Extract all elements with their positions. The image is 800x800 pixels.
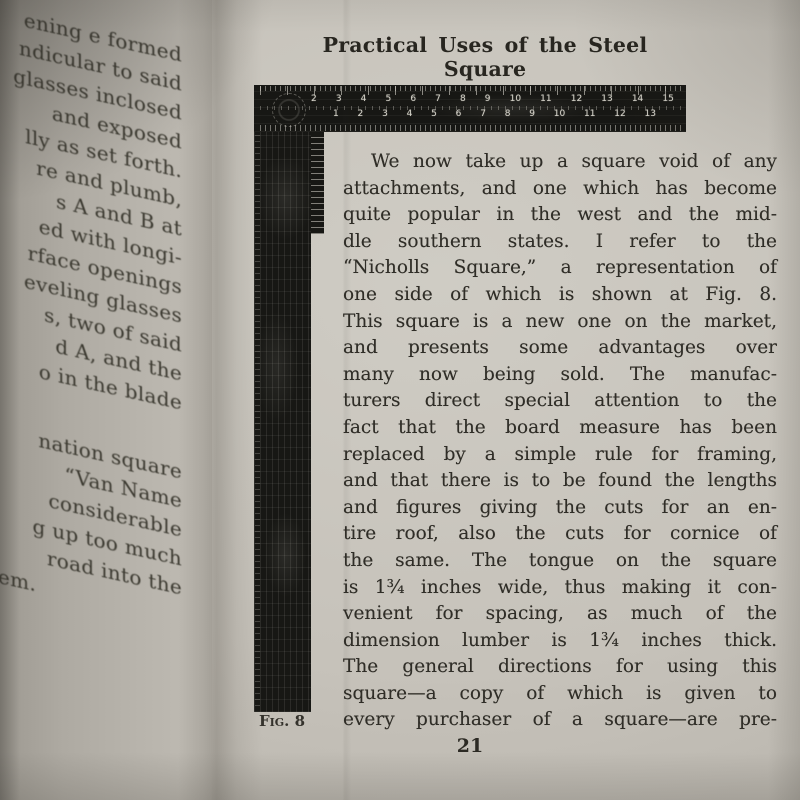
ruler-number: 8 [505, 109, 511, 119]
ruler-number: 12 [614, 109, 625, 119]
body-text-line: attachments, and one which has become [343, 176, 777, 203]
ruler-number: 11 [584, 109, 595, 119]
ruler-number: 12 [571, 94, 582, 104]
body-text-line: one side of which is shown at Fig. 8. [343, 282, 777, 309]
square-tongue-arm [254, 85, 311, 712]
body-text-line: many now being sold. The manufac- [343, 362, 777, 389]
ruler-number: 13 [645, 109, 656, 119]
body-text-line: replaced by a simple rule for framing, [343, 442, 777, 469]
ruler-ticks-inner-scale [311, 132, 324, 234]
ruler-number: 10 [510, 94, 521, 104]
ruler-numbers-top-row: 23456789101112131415 [311, 94, 674, 104]
ruler-number: 3 [382, 109, 388, 119]
body-text-line: fact that the board measure has been [343, 415, 777, 442]
ruler-number: 2 [311, 94, 317, 104]
book-photo: Practical Uses of the Steel Square 23456… [0, 0, 800, 800]
ruler-number: 15 [662, 94, 673, 104]
ruler-number: 1 [333, 109, 339, 119]
body-text-line: We now take up a square void of any [343, 149, 777, 176]
body-text-line: This square is a new one on the market, [343, 309, 777, 336]
body-text-line: square—a copy of which is given to [343, 681, 777, 708]
ruler-number: 10 [554, 109, 565, 119]
ruler-number: 2 [358, 109, 364, 119]
body-text-line: is 1¾ inches wide, thus making it con- [343, 575, 777, 602]
body-text-line: and figures giving the cuts for an en- [343, 495, 777, 522]
ruler-number: 6 [410, 94, 416, 104]
square-blade-arm: 23456789101112131415 12345678910111213 [254, 85, 686, 132]
ruler-number: 4 [361, 94, 367, 104]
ruler-number: 8 [460, 94, 466, 104]
ruler-number: 14 [632, 94, 643, 104]
page-gutter-shadow [178, 0, 262, 800]
ruler-number: 7 [480, 109, 486, 119]
body-text-column: We now take up a square void of anyattac… [343, 149, 777, 734]
running-head-title: Practical Uses of the Steel Square [278, 33, 692, 81]
page-number: 21 [448, 735, 492, 757]
ruler-number: 13 [601, 94, 612, 104]
body-text-line: and presents some advantages over [343, 335, 777, 362]
ruler-number: 4 [407, 109, 413, 119]
body-text-line: tire roof, also the cuts for cornice of [343, 521, 777, 548]
body-text-line: quite popular in the west and the mid- [343, 202, 777, 229]
ruler-numbers-bottom-row: 12345678910111213 [333, 109, 656, 119]
body-text-line: every purchaser of a square—are pre- [343, 707, 777, 734]
body-text-line: and that there is to be found the length… [343, 468, 777, 495]
body-text-line: “Nicholls Square,” a representation of [343, 255, 777, 282]
body-text-line: venient for spacing, as much of the [343, 601, 777, 628]
ruler-number: 3 [336, 94, 342, 104]
ruler-number: 5 [431, 109, 437, 119]
ruler-number: 9 [485, 94, 491, 104]
body-text-line: dle southern states. I refer to the [343, 229, 777, 256]
left-page-text-fragments: ening e formedndicular to saidglasses in… [0, 0, 188, 633]
ruler-number: 6 [456, 109, 462, 119]
body-text-line: The general directions for using this [343, 654, 777, 681]
ruler-number: 7 [435, 94, 441, 104]
ruler-number: 5 [385, 94, 391, 104]
body-text-line: turers direct special attention to the [343, 388, 777, 415]
ruler-number: 9 [529, 109, 535, 119]
body-text-line: dimension lumber is 1¾ inches thick. [343, 628, 777, 655]
body-text-line: the same. The tongue on the square [343, 548, 777, 575]
corner-dial-marking [272, 93, 306, 127]
ruler-ticks-bottom-fine [260, 125, 682, 131]
ruler-number: 11 [540, 94, 551, 104]
